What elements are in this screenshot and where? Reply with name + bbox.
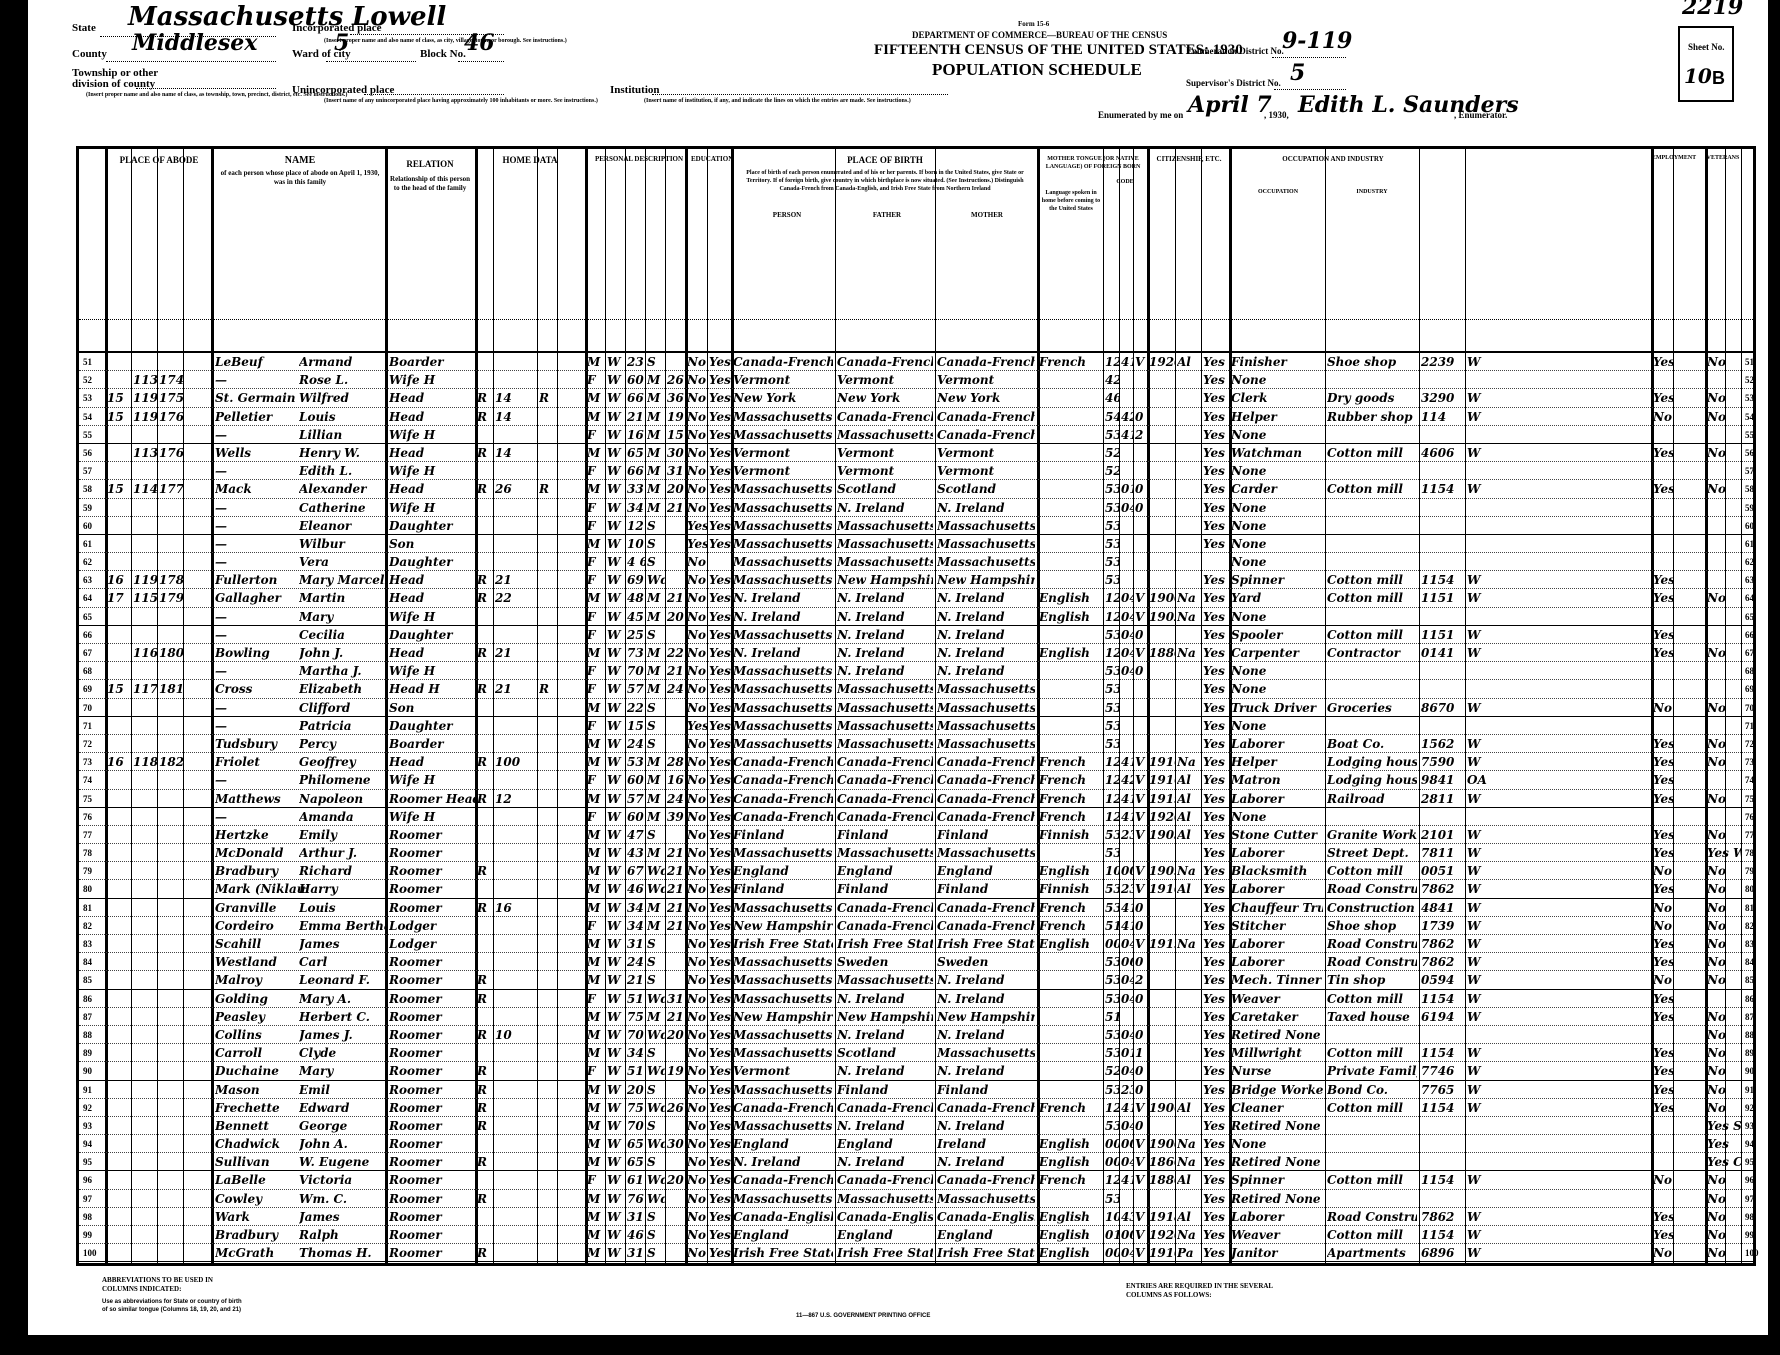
cell-owned: R (477, 790, 493, 807)
cell-school: No (687, 862, 707, 879)
cell-class: W (1467, 353, 1491, 370)
cell-immig (1149, 1026, 1175, 1043)
cell-vet: No (1707, 753, 1741, 770)
cell-relation: Roomer (389, 953, 475, 970)
cell-relation: Wife H (389, 462, 475, 479)
cell-value (495, 535, 535, 552)
cell-nat (1177, 389, 1201, 406)
cell-visit: 119 (133, 389, 157, 406)
cell-code (1421, 1153, 1463, 1170)
cell-pob: Canada-French (733, 353, 833, 370)
cell-eng: Yes (1203, 1190, 1227, 1207)
cell-visit (133, 935, 157, 952)
cell-occ: None (1231, 662, 1323, 679)
cell-ind: Cotton mill (1327, 571, 1417, 588)
cell-class: W (1467, 699, 1491, 716)
cell-relation: Roomer (389, 826, 475, 843)
enumerated-date: April 7 (1188, 92, 1272, 118)
cell-owned (477, 844, 493, 861)
line-number: 95 (83, 1157, 92, 1167)
cell-dwelling (107, 771, 131, 788)
cell-class: W (1467, 1008, 1491, 1025)
cell-radio (539, 1208, 557, 1225)
cell-sex: M (587, 1226, 605, 1243)
cell-nat (1177, 535, 1201, 552)
cell-owned (477, 826, 493, 843)
cell-relation: Roomer (389, 880, 475, 897)
cell-read: Yes (709, 499, 731, 516)
cell-given: Mary (299, 608, 385, 625)
cell-occ: None (1231, 426, 1323, 443)
cell-marital: S (647, 626, 665, 643)
sd-label: Supervisor's District No. (1186, 78, 1281, 88)
cell-given: Herbert C. (299, 1008, 385, 1025)
cell-fpob: N. Ireland (837, 608, 933, 625)
cell-school: No (687, 499, 707, 516)
cell-race: W (607, 699, 625, 716)
cell-family (159, 735, 183, 752)
cell-immig (1149, 717, 1175, 734)
cell-cb: 04 (1121, 644, 1133, 661)
cell-cc: V (1135, 1208, 1147, 1225)
cell-occ: Laborer (1231, 953, 1323, 970)
cell-race: W (607, 735, 625, 752)
cell-read: Yes (709, 862, 731, 879)
cell-race: W (607, 1244, 625, 1261)
cell-sex: F (587, 462, 605, 479)
cell-code (1421, 1117, 1463, 1134)
cell-cb (1121, 462, 1133, 479)
cell-sex: M (587, 480, 605, 497)
cell-mpob: Finland (937, 826, 1035, 843)
line-number-right: 83 (1745, 939, 1754, 949)
cell-sex: M (587, 589, 605, 606)
cell-fpob: Massachusetts (837, 517, 933, 534)
cell-fpob: N. Ireland (837, 1026, 933, 1043)
table-row: 9191MasonEmilRoomerRMW20SNoYesMassachuse… (79, 1081, 1753, 1099)
cell-mpob: Vermont (937, 462, 1035, 479)
line-number-right: 53 (1745, 393, 1754, 403)
cell-age: 21 (627, 971, 645, 988)
cell-class (1467, 680, 1491, 697)
cell-marital: M (647, 389, 665, 406)
cell-eng: Yes (1203, 444, 1227, 461)
cell-nat (1177, 1008, 1201, 1025)
cell-race: W (607, 862, 625, 879)
cell-cc (1135, 717, 1147, 734)
cell-pob: Massachusetts (733, 844, 833, 861)
cell-read: Yes (709, 1099, 731, 1116)
cell-radio: R (539, 389, 557, 406)
cell-marital: M (647, 899, 665, 916)
cell-work (1653, 535, 1673, 552)
cell-code (1421, 808, 1463, 825)
cell-surname: Cross (215, 680, 305, 697)
col-group-citizenship: CITIZENSHIP, ETC. (1149, 155, 1229, 163)
cell-immig (1149, 462, 1175, 479)
cell-eng: Yes (1203, 680, 1227, 697)
cell-given: Carl (299, 953, 385, 970)
cell-race: W (607, 444, 625, 461)
cell-cb: 01 (1121, 1044, 1133, 1061)
cell-age: 46 (627, 1226, 645, 1243)
line-number-right: 85 (1745, 975, 1754, 985)
cell-cc (1135, 517, 1147, 534)
cell-age-mar: 20 (667, 608, 685, 625)
cell-ca: 53 (1105, 990, 1119, 1007)
cell-marital: S (647, 553, 665, 570)
line-number: 94 (83, 1139, 92, 1149)
sheet-number: 10 (1684, 64, 1712, 88)
line-number-right: 79 (1745, 866, 1754, 876)
cell-race: W (607, 717, 625, 734)
cell-age-mar (667, 353, 685, 370)
cell-surname: Fullerton (215, 571, 305, 588)
cell-marital: M (647, 680, 665, 697)
cell-school: No (687, 735, 707, 752)
cell-vet: Yes SP (1707, 1117, 1741, 1134)
cell-age-mar: 24 (667, 790, 685, 807)
cell-given: John A. (299, 1135, 385, 1152)
cell-age-mar: 26 (667, 1099, 685, 1116)
cell-family: 175 (159, 389, 183, 406)
cell-sex: F (587, 426, 605, 443)
cell-eng: Yes (1203, 917, 1227, 934)
cell-class (1467, 499, 1491, 516)
cell-code: 9841 (1421, 771, 1463, 788)
cell-surname: Tudsbury (215, 735, 305, 752)
cell-race: W (607, 499, 625, 516)
cell-sex: M (587, 899, 605, 916)
cell-dwelling (107, 462, 131, 479)
cell-value (495, 880, 535, 897)
cell-value (495, 1153, 535, 1170)
cell-ind (1327, 808, 1417, 825)
cell-dwelling (107, 1208, 131, 1225)
cell-pob: Massachusetts (733, 899, 833, 916)
cell-lang (1039, 426, 1101, 443)
cell-race: W (607, 517, 625, 534)
cell-work: Yes (1653, 735, 1673, 752)
cell-eng: Yes (1203, 1226, 1227, 1243)
cell-relation: Roomer (389, 1008, 475, 1025)
sd-value: 5 (1290, 60, 1305, 86)
cell-dwelling (107, 535, 131, 552)
cell-lang (1039, 462, 1101, 479)
cell-lang (1039, 389, 1101, 406)
cell-work: Yes (1653, 353, 1673, 370)
cell-eng: Yes (1203, 1117, 1227, 1134)
cell-age: 31 (627, 1244, 645, 1261)
cell-read: Yes (709, 717, 731, 734)
cell-visit (133, 535, 157, 552)
cell-family (159, 626, 183, 643)
cell-relation: Roomer (389, 1081, 475, 1098)
cell-visit (133, 808, 157, 825)
cell-visit (133, 717, 157, 734)
cell-ind (1327, 1190, 1417, 1207)
cell-surname: Mack (215, 480, 305, 497)
cell-marital: M (647, 462, 665, 479)
cell-ind: Road Construction (1327, 935, 1417, 952)
cell-occ: Laborer (1231, 790, 1323, 807)
cell-class: W (1467, 1081, 1491, 1098)
ed-line (1272, 57, 1346, 58)
table-row: 7878McDonaldArthur J.RoomerMW43M21NoYesM… (79, 844, 1753, 862)
cell-race: W (607, 790, 625, 807)
cell-family (159, 353, 183, 370)
cell-cb: 41 (1121, 1099, 1133, 1116)
cell-radio: R (539, 480, 557, 497)
line-number: 98 (83, 1212, 92, 1222)
cell-family (159, 790, 183, 807)
cell-cb: 41 (1121, 808, 1133, 825)
cell-age-mar (667, 517, 685, 534)
table-row: 8585MalroyLeonard F.RoomerRMW21SNoYesMas… (79, 971, 1753, 989)
cell-sex: M (587, 1081, 605, 1098)
cell-owned: R (477, 389, 493, 406)
cell-read: Yes (709, 1244, 731, 1261)
cell-cb: 41 (1121, 353, 1133, 370)
department-title: DEPARTMENT OF COMMERCE—BUREAU OF THE CEN… (912, 30, 1167, 40)
cell-relation: Roomer Head (389, 790, 475, 807)
cell-occ: Spooler (1231, 626, 1323, 643)
cell-surname: — (215, 608, 305, 625)
cell-mpob: New Hampshire (937, 1008, 1035, 1025)
table-row: 8686GoldingMary A.RoomerRFW51Wd31NoYesMa… (79, 990, 1753, 1008)
cell-surname: Sullivan (215, 1153, 305, 1170)
block-label: Block No. (420, 48, 466, 60)
cell-given: Louis (299, 899, 385, 916)
cell-fpob: England (837, 1135, 933, 1152)
cell-pob: Massachusetts (733, 1026, 833, 1043)
cell-school: Yes (687, 717, 707, 734)
cell-given: Armand (299, 353, 385, 370)
cell-lang: French (1039, 771, 1101, 788)
cell-visit: 113 (133, 371, 157, 388)
cell-owned: R (477, 862, 493, 879)
cell-code: 6194 (1421, 1008, 1463, 1025)
cell-nat (1177, 1117, 1201, 1134)
cell-occ: Bridge Worker (1231, 1081, 1323, 1098)
cell-read: Yes (709, 880, 731, 897)
cell-ca: 53 (1105, 1117, 1119, 1134)
cell-sex: F (587, 608, 605, 625)
cell-class: W (1467, 935, 1491, 952)
cell-pob: England (733, 862, 833, 879)
cell-sex: M (587, 790, 605, 807)
cell-immig (1149, 444, 1175, 461)
cell-ca: 52 (1105, 1062, 1119, 1079)
cell-eng: Yes (1203, 971, 1227, 988)
cell-occ: Chauffeur Truck (1231, 899, 1323, 916)
cell-value: 14 (495, 408, 535, 425)
cell-school: No (687, 408, 707, 425)
cell-owned (477, 626, 493, 643)
cell-ca: 12 (1105, 771, 1119, 788)
cell-surname: Wark (215, 1208, 305, 1225)
cell-family: 179 (159, 589, 183, 606)
cell-occ: Stitcher (1231, 917, 1323, 934)
cell-ca: 53 (1105, 735, 1119, 752)
cell-radio (539, 626, 557, 643)
cell-mpob: Canada-French (937, 353, 1035, 370)
cell-fpob: Canada-French (837, 808, 933, 825)
cell-pob: Vermont (733, 462, 833, 479)
cell-work (1653, 553, 1673, 570)
cell-marital: M (647, 499, 665, 516)
cell-vet (1707, 553, 1741, 570)
cell-ind: Cotton mill (1327, 990, 1417, 1007)
cell-work: Yes (1653, 990, 1673, 1007)
cell-mpob: Irish Free State (937, 1244, 1035, 1261)
cell-pob: Massachusetts (733, 699, 833, 716)
cell-family (159, 990, 183, 1007)
cell-dwelling (107, 790, 131, 807)
cell-pob: N. Ireland (733, 589, 833, 606)
cell-sex: M (587, 953, 605, 970)
cell-given: George (299, 1117, 385, 1134)
cell-race: W (607, 389, 625, 406)
cell-mpob: Canada-French (937, 408, 1035, 425)
cell-sex: M (587, 1208, 605, 1225)
line-number: 88 (83, 1030, 92, 1040)
cell-value: 26 (495, 480, 535, 497)
line-number: 71 (83, 721, 92, 731)
cell-age-mar: 19 (667, 408, 685, 425)
cell-race: W (607, 1190, 625, 1207)
cell-dwelling (107, 1099, 131, 1116)
cell-lang (1039, 844, 1101, 861)
cell-vet: No (1707, 1190, 1741, 1207)
cell-mpob: Massachusetts (937, 535, 1035, 552)
cell-ind: Road Construction (1327, 880, 1417, 897)
cell-dwelling (107, 735, 131, 752)
cell-eng: Yes (1203, 1208, 1227, 1225)
cell-age: 67 (627, 862, 645, 879)
cell-visit (133, 353, 157, 370)
cell-dwelling (107, 935, 131, 952)
cell-class (1467, 1117, 1491, 1134)
cell-eng: Yes (1203, 371, 1227, 388)
cell-ind: Cotton mill (1327, 626, 1417, 643)
cell-cb: 42 (1121, 771, 1133, 788)
cell-age-mar: 21 (667, 917, 685, 934)
cell-occ: Cleaner (1231, 1099, 1323, 1116)
cell-immig (1149, 571, 1175, 588)
line-number: 61 (83, 539, 92, 549)
cell-family (159, 499, 183, 516)
cell-fpob: N. Ireland (837, 1153, 933, 1170)
cell-code (1421, 517, 1463, 534)
cell-dwelling: 15 (107, 480, 131, 497)
cell-pob: Massachusetts (733, 571, 833, 588)
cell-radio (539, 953, 557, 970)
cell-immig: 1920 (1149, 808, 1175, 825)
block-value: 46 (464, 30, 495, 56)
cell-nat (1177, 480, 1201, 497)
cell-age: 22 (627, 699, 645, 716)
cell-work: No (1653, 408, 1673, 425)
table-row: 535315119175St. GermainWilfredHeadR14RMW… (79, 389, 1753, 407)
cell-age-mar (667, 717, 685, 734)
cell-code (1421, 462, 1463, 479)
cell-owned (477, 1171, 493, 1188)
cell-surname: Gallagher (215, 589, 305, 606)
cell-immig: 1880 (1149, 1171, 1175, 1188)
cell-occ: Matron (1231, 771, 1323, 788)
cell-pob: Canada-French (733, 1171, 833, 1188)
cell-pob: Canada-French (733, 1099, 833, 1116)
cell-read: Yes (709, 753, 731, 770)
cell-relation: Roomer (389, 1171, 475, 1188)
table-row: 6161—WilburSonMW10SYesYesMassachusettsMa… (79, 535, 1753, 553)
col-group-place-of-abode: PLACE OF ABODE (109, 155, 209, 165)
cell-relation: Head (389, 408, 475, 425)
cell-family: 178 (159, 571, 183, 588)
cell-mpob: Sweden (937, 953, 1035, 970)
cell-pob: Massachusetts (733, 553, 833, 570)
cell-read: Yes (709, 626, 731, 643)
cell-mpob: Massachusetts (937, 735, 1035, 752)
cell-lang (1039, 535, 1101, 552)
cell-value (495, 844, 535, 861)
cell-nat (1177, 699, 1201, 716)
cell-eng: Yes (1203, 499, 1227, 516)
cell-nat: Al (1177, 826, 1201, 843)
cell-cb: 00 (1121, 1226, 1133, 1243)
cell-sex: M (587, 971, 605, 988)
cell-family (159, 1153, 183, 1170)
cell-lang: Finnish (1039, 826, 1101, 843)
cell-ind: Boat Co. (1327, 735, 1417, 752)
cell-relation: Wife H (389, 808, 475, 825)
cell-cc (1135, 1008, 1147, 1025)
col-group-home-data: HOME DATA (475, 155, 585, 165)
cell-ca: 53 (1105, 535, 1119, 552)
cell-given: Patricia (299, 717, 385, 734)
cell-family (159, 1190, 183, 1207)
cell-owned (477, 353, 493, 370)
cell-cc: V (1135, 608, 1147, 625)
cell-immig (1149, 499, 1175, 516)
cell-radio (539, 1153, 557, 1170)
cell-fpob: Sweden (837, 953, 933, 970)
cell-eng: Yes (1203, 1244, 1227, 1261)
cell-work (1653, 608, 1673, 625)
cell-vet (1707, 626, 1741, 643)
cell-vet: No (1707, 444, 1741, 461)
cell-sex: F (587, 571, 605, 588)
cell-mpob: N. Ireland (937, 971, 1035, 988)
cell-family (159, 862, 183, 879)
cell-sex: M (587, 1117, 605, 1134)
cell-given: Eleanor (299, 517, 385, 534)
cell-age: 25 (627, 626, 645, 643)
block-line (458, 61, 504, 62)
cell-surname: — (215, 553, 305, 570)
cell-dwelling (107, 880, 131, 897)
cell-read: Yes (709, 462, 731, 479)
cell-family: 182 (159, 753, 183, 770)
cell-lang: French (1039, 753, 1101, 770)
cell-value: 10 (495, 1026, 535, 1043)
cell-code (1421, 1135, 1463, 1152)
cell-relation: Roomer (389, 1117, 475, 1134)
cell-work (1653, 371, 1673, 388)
cell-ind (1327, 553, 1417, 570)
cell-read: Yes (709, 953, 731, 970)
